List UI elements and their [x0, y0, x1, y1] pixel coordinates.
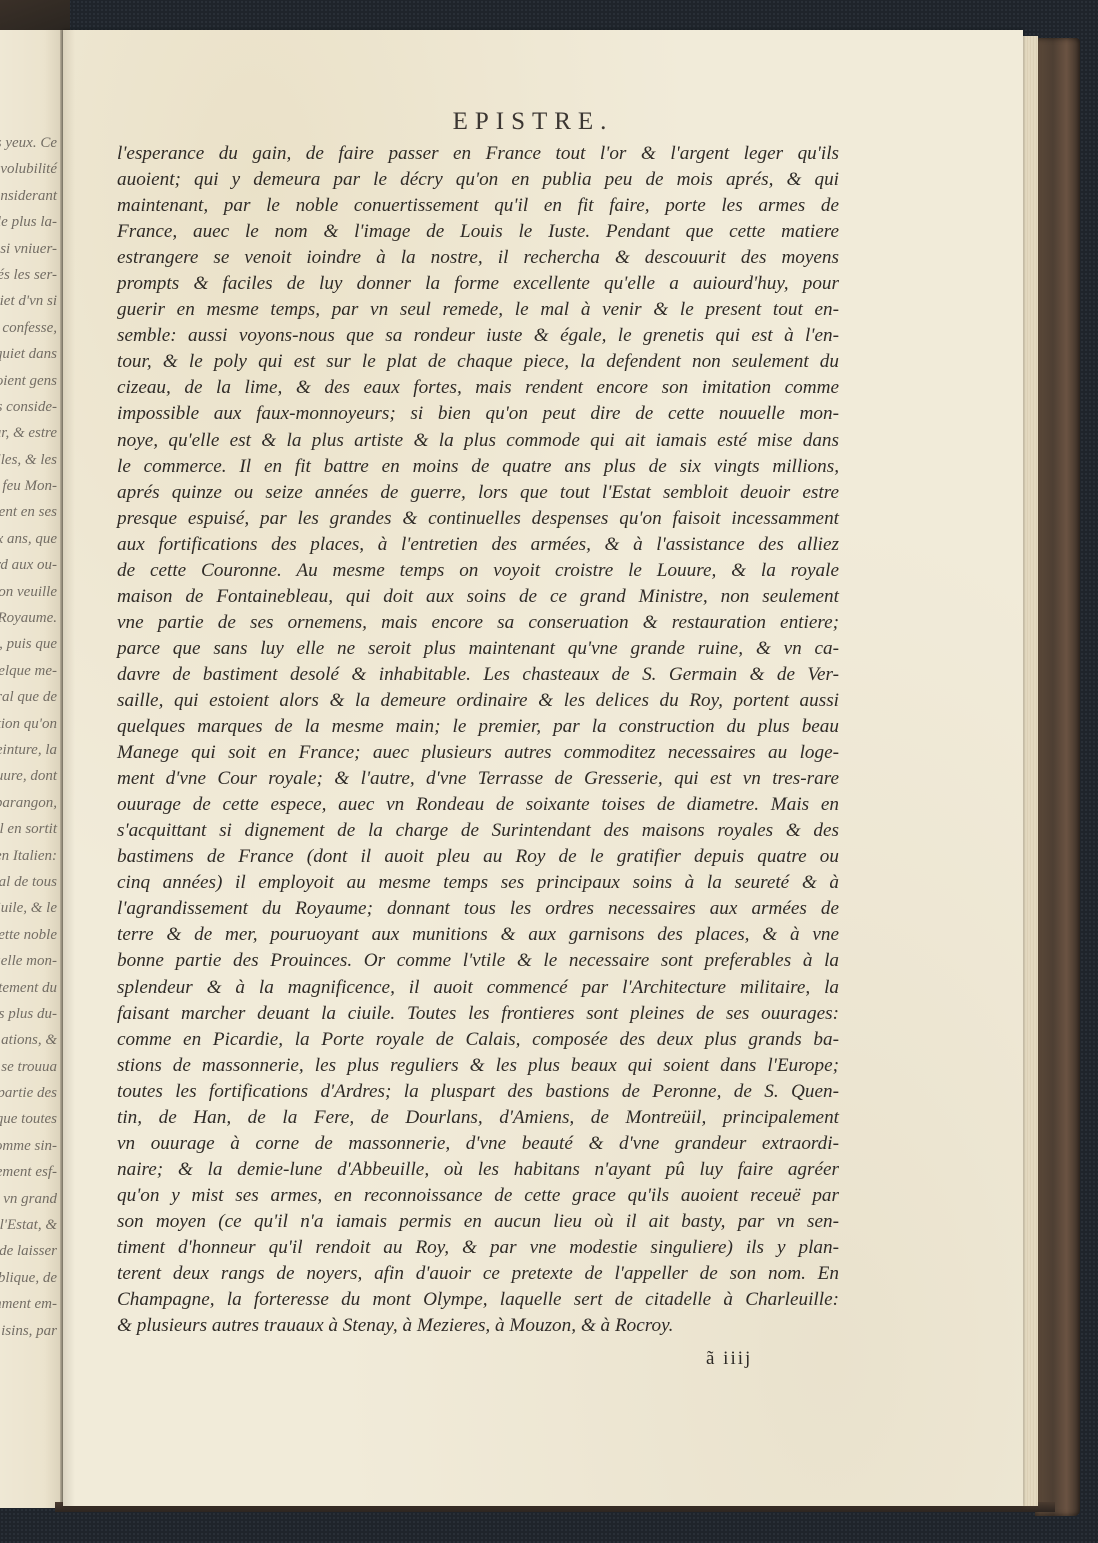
facing-page-line-fragment: ral que de	[0, 684, 57, 710]
running-header-text: EPISTRE.	[453, 108, 614, 136]
text-line: l'agrandissement du Royaume; donnant tou…	[117, 896, 839, 922]
facing-page-line-fragment: Cette noble	[0, 922, 57, 948]
text-line: tin, de Han, de la Fere, de Dourlans, d'…	[117, 1105, 839, 1131]
facing-page-line-fragment: Royaume.	[0, 605, 57, 631]
facing-page-line-fragment: Suiet d'vn si	[0, 288, 57, 314]
text-line: splendeur & à la magnificence, il auoit …	[117, 975, 839, 1001]
text-line: davre de bastiment desolé & inhabitable.…	[117, 662, 839, 688]
facing-page-line-fragment: , le plus la-	[0, 209, 57, 235]
text-line: & plusieurs autres trauaux à Stenay, à M…	[117, 1313, 839, 1339]
text-line: estrangere se venoit ioindre à la nostre…	[117, 245, 839, 271]
text-line: de cette Couronne. Au mesme temps on voy…	[117, 558, 839, 584]
facing-page-line-fragment: our, & estre	[0, 420, 57, 446]
running-header: EPISTRE.	[63, 108, 1023, 136]
text-line: vn ouurage à corne de massonnerie, d'vne…	[117, 1131, 839, 1157]
facing-page-line-fragment: ement esf-	[0, 1159, 57, 1185]
text-line: parce que sans luy elle ne seroit plus m…	[117, 636, 839, 662]
facing-page-line-fragment: les plus du-	[0, 1001, 57, 1027]
facing-page-line-fragment: uelque me-	[0, 658, 57, 684]
text-line: toutes les fortifications d'Ardres; la p…	[117, 1079, 839, 1105]
text-line: aux fortifications des places, à l'entre…	[117, 532, 839, 558]
facing-page-line-fragment: ction qu'on	[0, 711, 57, 737]
text-line: maintenant, par le noble conuertissement…	[117, 193, 839, 219]
facing-page-line-fragment: Ie confesse,	[0, 315, 57, 341]
facing-page-line-fragment: s soient gens	[0, 368, 57, 394]
facing-page-line-fragment: rd aux ou-	[0, 552, 57, 578]
text-line: quelques marques de la mesme main; le pr…	[117, 714, 839, 740]
text-line: cinq années) il employoit au mesme temps…	[117, 870, 839, 896]
text-line: aprés quinze ou seize années de guerre, …	[117, 480, 839, 506]
text-line: comme en Picardie, la Porte royale de Ca…	[117, 1027, 839, 1053]
facing-page-line-fragment: aprés les ser-	[0, 262, 57, 288]
facing-page-line-fragment: uelle mon-	[0, 948, 57, 974]
text-line: son moyen (ce qu'il n'a iamais permis en…	[117, 1209, 839, 1235]
facing-page-line-fragment: il en sortit	[0, 816, 57, 842]
facing-page-text-fragments: res yeux. Cela volubilitéconsiderant, le…	[0, 130, 57, 1344]
facing-page-line-fragment: e, puis que	[0, 631, 57, 657]
signature-mark: ã iiij	[706, 1348, 752, 1370]
text-line: guerir en mesme temps, par vn seul remed…	[117, 297, 839, 323]
facing-page-line-fragment: ment en ses	[0, 499, 57, 525]
facing-page-line-fragment: ciuile, & le	[0, 895, 57, 921]
text-line: naire; & la demie-lune d'Abbeuille, où l…	[117, 1157, 839, 1183]
text-line: noye, qu'elle est & la plus artiste & la…	[117, 428, 839, 454]
facing-page-line-fragment: omme sin-	[0, 1133, 57, 1159]
facing-page-line-fragment: uure, dont	[0, 763, 57, 789]
text-line: terent deux rangs de noyers, afin d'auoi…	[117, 1261, 839, 1287]
text-line: timent d'honneur qu'il rendoit au Roy, &…	[117, 1235, 839, 1261]
book-page: EPISTRE. l'esperance du gain, de faire p…	[63, 30, 1023, 1506]
facing-page-line-fragment: x ans, que	[0, 526, 57, 552]
text-line: stions de massonnerie, les plus regulier…	[117, 1053, 839, 1079]
text-line: vne partie de ses ornemens, mais encore …	[117, 610, 839, 636]
text-line: auoient; qui y demeura par le décry qu'o…	[117, 167, 839, 193]
text-line: l'esperance du gain, de faire passer en …	[117, 141, 839, 167]
facing-page-line-fragment: nment em-	[0, 1291, 57, 1317]
text-line: Champagne, la forteresse du mont Olympe,…	[117, 1287, 839, 1313]
facing-page-line-fragment: rtement du	[0, 975, 57, 1001]
text-line: bastimens de France (dont il auoit pleu …	[117, 844, 839, 870]
facing-page-left: res yeux. Cela volubilitéconsiderant, le…	[0, 30, 63, 1508]
facing-page-line-fragment: elles, & les	[0, 447, 57, 473]
facing-page-line-fragment: e de laisser	[0, 1238, 57, 1264]
text-line: le commerce. Il en fit battre en moins d…	[117, 454, 839, 480]
leather-binding-edge	[1035, 38, 1080, 1516]
facing-page-line-fragment: considerant	[0, 183, 57, 209]
text-line: s'acquittant si dignement de la charge d…	[117, 818, 839, 844]
facing-page-line-fragment: ral de tous	[0, 869, 57, 895]
text-line: cizeau, de la lime, & des eaux fortes, m…	[117, 375, 839, 401]
facing-page-line-fragment: res yeux. Ce	[0, 130, 57, 156]
body-text-block: l'esperance du gain, de faire passer en …	[117, 141, 839, 1339]
text-line: ment d'vne Cour royale; & l'autre, d'vne…	[117, 766, 839, 792]
facing-page-line-fragment: blique, de	[0, 1265, 57, 1291]
book-spine-shadow	[0, 0, 70, 32]
text-line: impossible aux faux-monnoyeurs; si bien …	[117, 401, 839, 427]
facing-page-line-fragment: isins, par	[0, 1318, 57, 1344]
text-line: France, auec le nom & l'image de Louis l…	[117, 219, 839, 245]
facing-page-line-fragment: partie des	[0, 1080, 57, 1106]
text-line: maison de Fontainebleau, qui doit aux so…	[117, 584, 839, 610]
text-line: semble: aussi voyons-nous que sa rondeur…	[117, 323, 839, 349]
facing-page-line-fragment: l'Estat, &	[0, 1212, 57, 1238]
text-line: terre & de mer, pouruoyant aux munitions…	[117, 922, 839, 948]
facing-page-line-fragment: 'on veuille	[0, 579, 57, 605]
text-line: tour, & le poly qui est sur le plat de c…	[117, 349, 839, 375]
text-line: faisant marcher deuant la ciuile. Toutes…	[117, 1001, 839, 1027]
text-line: ouurage de cette espece, auec vn Rondeau…	[117, 792, 839, 818]
facing-page-line-fragment: ations, &	[0, 1027, 57, 1053]
facing-page-line-fragment: en Italien:	[0, 843, 57, 869]
facing-page-line-fragment: que toutes	[0, 1106, 57, 1132]
facing-page-line-fragment: inquiet dans	[0, 341, 57, 367]
facing-page-line-fragment: ices conside-	[0, 394, 57, 420]
facing-page-line-fragment: il se trouua	[0, 1054, 57, 1080]
text-line: bonne partie des Prouinces. Or comme l'v…	[117, 948, 839, 974]
facing-page-line-fragment: feu Mon-	[0, 473, 57, 499]
facing-page-line-fragment: parangon,	[0, 790, 57, 816]
facing-page-line-fragment: Peinture, la	[0, 737, 57, 763]
text-line: prompts & faciles de luy donner la forme…	[117, 271, 839, 297]
facing-page-line-fragment: r vn grand	[0, 1186, 57, 1212]
facing-page-line-fragment: , si vniuer-	[0, 236, 57, 262]
facing-page-line-fragment: la volubilité	[0, 156, 57, 182]
text-line: presque espuisé, par les grandes & conti…	[117, 506, 839, 532]
text-line: saille, qui estoient alors & la demeure …	[117, 688, 839, 714]
text-line: qu'on y mist ses armes, en reconnoissanc…	[117, 1183, 839, 1209]
text-line: Manege qui soit en France; auec plusieur…	[117, 740, 839, 766]
